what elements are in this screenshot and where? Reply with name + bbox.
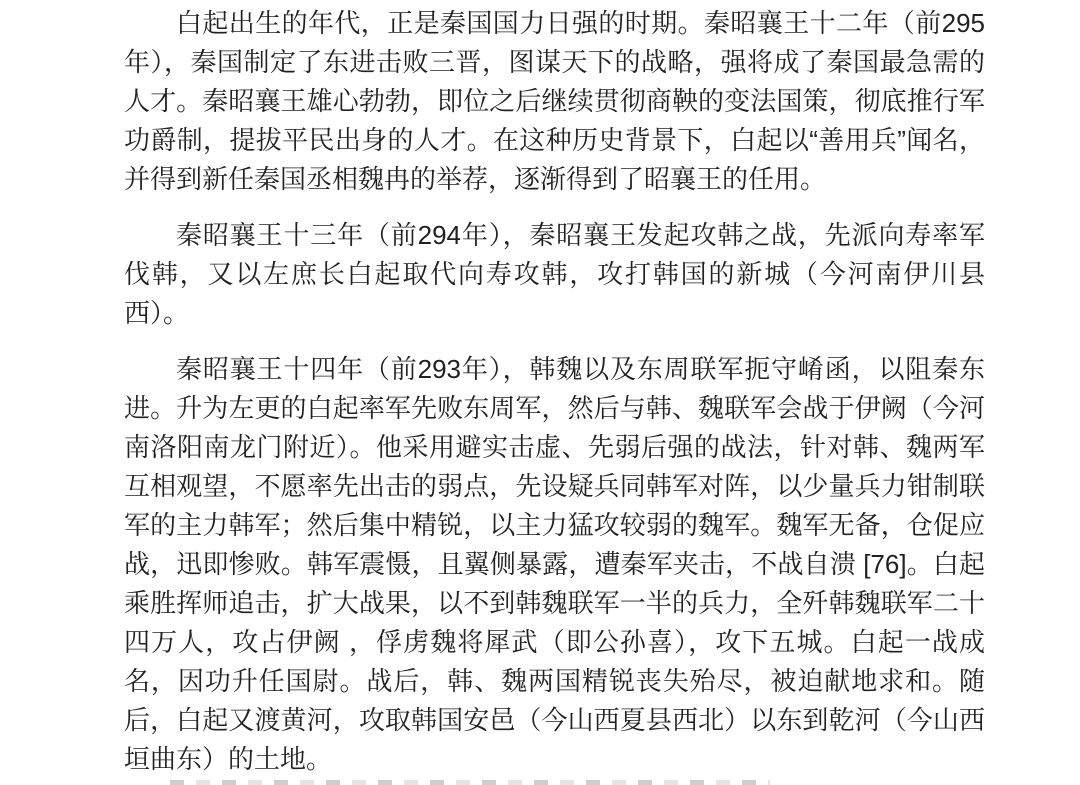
citation-link-76[interactable]: [76] [863,549,906,579]
paragraph-text-after-citation: 。白起乘胜挥师追击，扩大战果，以不到韩魏联军一半的兵力，全歼韩魏联军二十四万人，… [124,549,985,774]
article-body: 白起出生的年代，正是秦国国力日强的时期。秦昭襄王十二年（前295年），秦国制定了… [124,4,985,779]
next-line-cropped-hint [170,780,770,785]
paragraph-bai-qi-background: 白起出生的年代，正是秦国国力日强的时期。秦昭襄王十二年（前295年），秦国制定了… [124,4,985,199]
paragraph-attack-on-han: 秦昭襄王十三年（前294年），秦昭襄王发起攻韩之战，先派向寿率军伐韩，又以左庶长… [124,216,985,333]
document-page: 白起出生的年代，正是秦国国力日强的时期。秦昭襄王十二年（前295年），秦国制定了… [0,0,1080,785]
paragraph-battle-of-yique: 秦昭襄王十四年（前293年），韩魏以及东周联军扼守崤函，以阻秦东进。升为左更的白… [124,350,985,779]
paragraph-text-before-citation: 秦昭襄王十四年（前293年），韩魏以及东周联军扼守崤函，以阻秦东进。升为左更的白… [124,354,985,579]
